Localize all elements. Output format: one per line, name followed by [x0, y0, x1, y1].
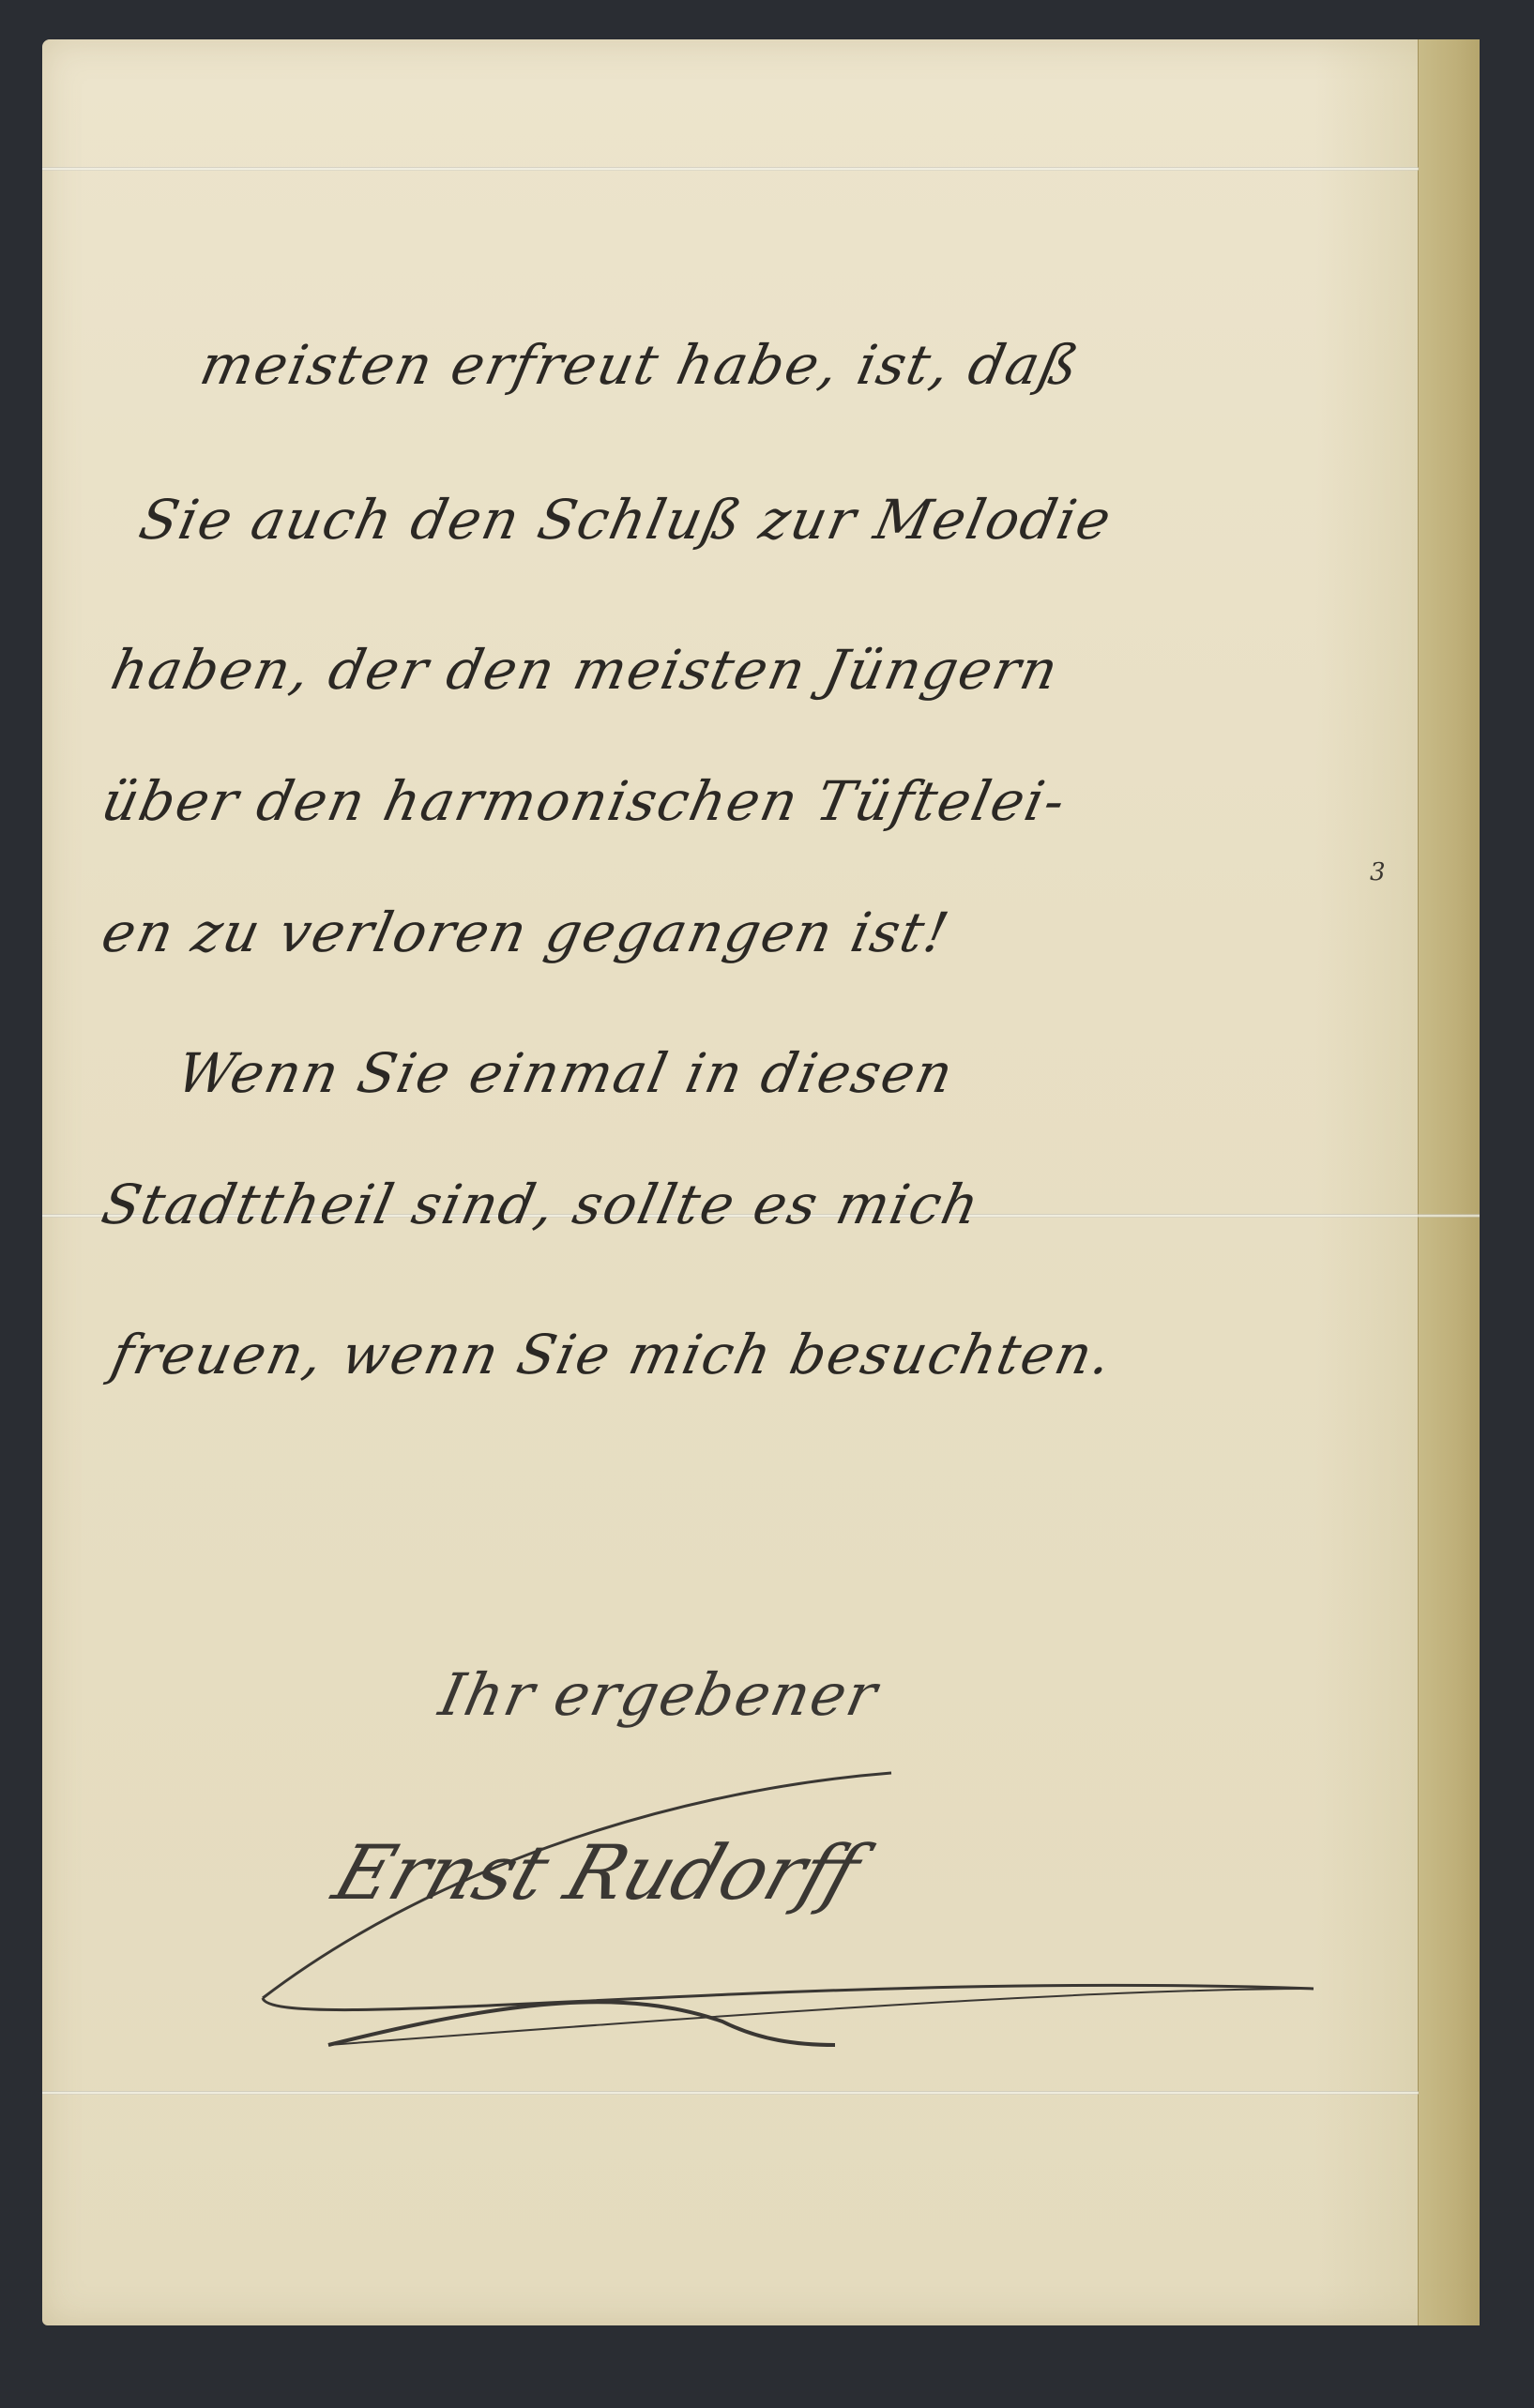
closing-phrase: Ihr ergebener	[433, 1660, 885, 1729]
fold-crease-bottom	[42, 2091, 1419, 2095]
letter-line-8: freuen, wenn Sie mich besuchten.	[106, 1323, 1119, 1386]
signature: Ernst Rudorff	[324, 1829, 871, 1916]
page-number-mark: 3	[1370, 858, 1386, 886]
letter-line-5: en zu verloren gegangen ist!	[97, 901, 956, 964]
letter-line-7: Stadttheil sind, sollte es mich	[97, 1173, 986, 1236]
letter-line-3: haben, der den meisten Jüngern	[106, 638, 1065, 702]
letter-line-2: Sie auch den Schluß zur Melodie	[134, 488, 1118, 552]
letter-line-1: meisten erfreut habe, ist, daß	[195, 333, 1086, 397]
letter-line-4: über den harmonischen Tüftelei-	[97, 769, 1072, 833]
binding-edge-strip	[1418, 39, 1480, 2325]
fold-crease-top	[42, 167, 1419, 171]
letter-line-6: Wenn Sie einmal in diesen	[172, 1041, 960, 1105]
